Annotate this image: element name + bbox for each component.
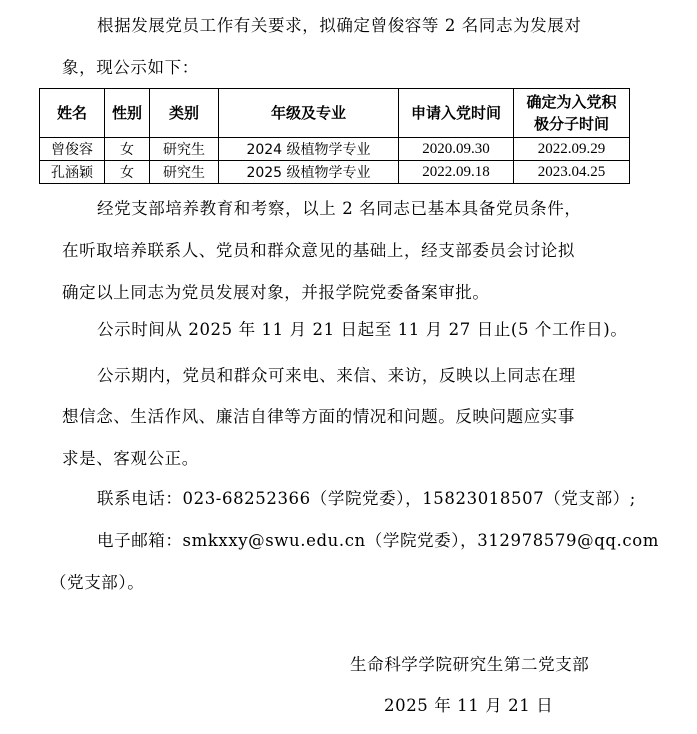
signature-org: 生命科学学院研究生第二党支部 xyxy=(350,655,589,675)
cell-name: 曾俊容 xyxy=(40,138,105,161)
candidate-table: 姓名 性别 类别 年级及专业 申请入党时间 确定为入党积 极分子时间 曾俊容 女… xyxy=(39,88,630,184)
paragraph-2-line-1: 公示时间从 2025 年 11 月 21 日起至 11 月 27 日止(5 个工… xyxy=(97,320,627,340)
header-category: 类别 xyxy=(150,89,219,138)
cell-apply-time: 2022.09.18 xyxy=(399,161,514,184)
contact-email-line-1: 电子邮箱：smkxxy@swu.edu.cn（学院党委），312978579@q… xyxy=(97,531,659,551)
header-gender: 性别 xyxy=(105,89,150,138)
header-apply-time: 申请入党时间 xyxy=(399,89,514,138)
header-activist-time: 确定为入党积 极分子时间 xyxy=(514,89,630,138)
paragraph-1-line-1: 经党支部培养教育和考察，以上 2 名同志已基本具备党员条件， xyxy=(97,199,582,219)
table-row: 曾俊容 女 研究生 2024 级植物学专业 2020.09.30 2022.09… xyxy=(40,138,630,161)
cell-category: 研究生 xyxy=(150,138,219,161)
contact-email-line-2: （党支部）。 xyxy=(50,573,144,593)
cell-activist-time: 2022.09.29 xyxy=(514,138,630,161)
cell-gender: 女 xyxy=(105,138,150,161)
cell-gender: 女 xyxy=(105,161,150,184)
signature-date: 2025 年 11 月 21 日 xyxy=(384,696,553,716)
paragraph-1-line-3: 确定以上同志为党员发展对象，并报学院党委备案审批。 xyxy=(62,283,490,303)
header-grade-major: 年级及专业 xyxy=(219,89,399,138)
paragraph-1-line-2: 在听取培养联系人、党员和群众意见的基础上，经支部委员会讨论拟 xyxy=(62,241,575,261)
cell-activist-time: 2023.04.25 xyxy=(514,161,630,184)
cell-grade-major: 2025 级植物学专业 xyxy=(219,161,399,184)
table-header-row: 姓名 性别 类别 年级及专业 申请入党时间 确定为入党积 极分子时间 xyxy=(40,89,630,138)
cell-apply-time: 2020.09.30 xyxy=(399,138,514,161)
cell-name: 孔涵颖 xyxy=(40,161,105,184)
header-activist-time-line-1: 确定为入党积 xyxy=(514,91,629,113)
table-row: 孔涵颖 女 研究生 2025 级植物学专业 2022.09.18 2023.04… xyxy=(40,161,630,184)
header-activist-time-line-2: 极分子时间 xyxy=(514,113,629,135)
header-name: 姓名 xyxy=(40,89,105,138)
paragraph-3-line-3: 求是、客观公正。 xyxy=(62,449,199,469)
intro-line-1: 根据发展党员工作有关要求，拟确定曾俊容等 2 名同志为发展对 xyxy=(97,16,582,36)
contact-phone: 联系电话：023-68252366（学院党委），15823018507（党支部）… xyxy=(97,489,636,509)
cell-category: 研究生 xyxy=(150,161,219,184)
paragraph-3-line-1: 公示期内，党员和群众可来电、来信、来访，反映以上同志在理 xyxy=(97,366,576,386)
cell-grade-major: 2024 级植物学专业 xyxy=(219,138,399,161)
intro-line-2: 象，现公示如下： xyxy=(62,58,199,78)
paragraph-3-line-2: 想信念、生活作风、廉洁自律等方面的情况和问题。反映问题应实事 xyxy=(62,407,575,427)
